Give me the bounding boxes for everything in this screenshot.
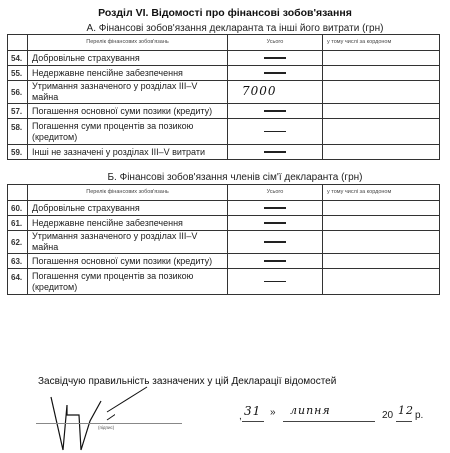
row-number: 60. (8, 201, 28, 216)
row-number: 54. (8, 51, 28, 66)
table-header-row: Перелік фінансових зобов'язань Усього у … (8, 35, 440, 51)
row-abroad[interactable] (323, 81, 440, 104)
row-number: 55. (8, 66, 28, 81)
row-total[interactable] (228, 201, 323, 216)
table-row: 56. Утримання зазначеного у розділах III… (8, 81, 440, 104)
row-abroad[interactable] (323, 231, 440, 254)
year-suffix-label: р. (415, 410, 423, 421)
signature-stroke (105, 385, 150, 415)
row-total[interactable] (228, 66, 323, 81)
section-a-table: Перелік фінансових зобов'язань Усього у … (7, 34, 440, 160)
table-row: 64. Погашення суми процентів за позикою … (8, 269, 440, 295)
row-abroad[interactable] (323, 254, 440, 269)
row-total[interactable] (228, 119, 323, 145)
row-label: Утримання зазначеного у розділах III–V м… (28, 81, 228, 104)
row-number: 56. (8, 81, 28, 104)
table-row: 59. Інші не зазначені у розділах III–V в… (8, 145, 440, 160)
table-row: 57. Погашення основної суми позики (кред… (8, 104, 440, 119)
signature-line (36, 423, 182, 424)
date-year[interactable]: 12 (398, 404, 414, 417)
day-underline (242, 421, 264, 422)
row-abroad[interactable] (323, 119, 440, 145)
row-label: Погашення суми процентів за позикою (кре… (28, 119, 228, 145)
table-row: 61. Недержавне пенсійне забезпечення (8, 216, 440, 231)
table-header-row: Перелік фінансових зобов'язань Усього у … (8, 185, 440, 201)
row-abroad[interactable] (323, 51, 440, 66)
row-abroad[interactable] (323, 145, 440, 160)
row-abroad[interactable] (323, 216, 440, 231)
header-total: Усього (228, 35, 323, 51)
section-b-table: Перелік фінансових зобов'язань Усього у … (7, 184, 440, 295)
handwritten-value: 7000 (242, 84, 277, 98)
row-label: Добровільне страхування (28, 51, 228, 66)
row-abroad[interactable] (323, 104, 440, 119)
date-day[interactable]: 31 (244, 404, 261, 418)
row-total[interactable] (228, 254, 323, 269)
table-row: 60. Добровільне страхування (8, 201, 440, 216)
row-number: 61. (8, 216, 28, 231)
row-label: Погашення основної суми позики (кредиту) (28, 104, 228, 119)
row-label: Недержавне пенсійне забезпечення (28, 216, 228, 231)
row-total[interactable] (228, 231, 323, 254)
row-label: Інші не зазначені у розділах III–V витра… (28, 145, 228, 160)
table-row: 55. Недержавне пенсійне забезпечення (8, 66, 440, 81)
dash-mark (264, 151, 286, 152)
row-label: Погашення суми процентів за позикою (кре… (28, 269, 228, 295)
header-list: Перелік фінансових зобов'язань (28, 185, 228, 201)
month-underline (283, 421, 375, 422)
header-abroad: у тому числі за кордоном (323, 35, 440, 51)
row-number: 58. (8, 119, 28, 145)
signature-label: (підпис) (98, 425, 114, 430)
dash-mark (264, 131, 286, 132)
dash-mark (264, 57, 286, 58)
year-prefix: 20 (382, 410, 393, 421)
section-title: Розділ VI. Відомості про фінансові зобов… (0, 7, 450, 19)
year-underline (396, 421, 412, 422)
row-abroad[interactable] (323, 66, 440, 81)
row-label: Погашення основної суми позики (кредиту) (28, 254, 228, 269)
header-num (8, 35, 28, 51)
dash-mark (264, 241, 286, 242)
section-a-title: А. Фінансові зобов'язання декларанта та … (10, 23, 450, 34)
row-number: 57. (8, 104, 28, 119)
dash-mark (264, 110, 286, 111)
table-row: 62. Утримання зазначеного у розділах III… (8, 231, 440, 254)
row-abroad[interactable] (323, 269, 440, 295)
row-number: 62. (8, 231, 28, 254)
dash-mark (264, 281, 286, 282)
row-number: 59. (8, 145, 28, 160)
section-b-title: Б. Фінансові зобов'язання членів сім'ї д… (10, 172, 450, 183)
row-total[interactable] (228, 269, 323, 295)
table-row: 54. Добровільне страхування (8, 51, 440, 66)
row-number: 64. (8, 269, 28, 295)
certification-text: Засвідчую правильність зазначених у цій … (38, 376, 336, 387)
row-number: 63. (8, 254, 28, 269)
header-num (8, 185, 28, 201)
row-total[interactable]: 7000 (228, 81, 323, 104)
row-total[interactable] (228, 216, 323, 231)
header-list: Перелік фінансових зобов'язань (28, 35, 228, 51)
row-label: Утримання зазначеного у розділах III–V м… (28, 231, 228, 254)
header-total: Усього (228, 185, 323, 201)
header-abroad: у тому числі за кордоном (323, 185, 440, 201)
row-total[interactable] (228, 104, 323, 119)
dash-mark (264, 222, 286, 223)
dash-mark (264, 260, 286, 261)
table-row: 63. Погашення основної суми позики (кред… (8, 254, 440, 269)
date-month[interactable]: липня (290, 404, 331, 417)
table-row: 58. Погашення суми процентів за позикою … (8, 119, 440, 145)
quote-close: » (270, 407, 276, 418)
row-abroad[interactable] (323, 201, 440, 216)
dash-mark (264, 72, 286, 73)
row-label: Добровільне страхування (28, 201, 228, 216)
row-total[interactable] (228, 51, 323, 66)
row-total[interactable] (228, 145, 323, 160)
dash-mark (264, 207, 286, 208)
row-label: Недержавне пенсійне забезпечення (28, 66, 228, 81)
